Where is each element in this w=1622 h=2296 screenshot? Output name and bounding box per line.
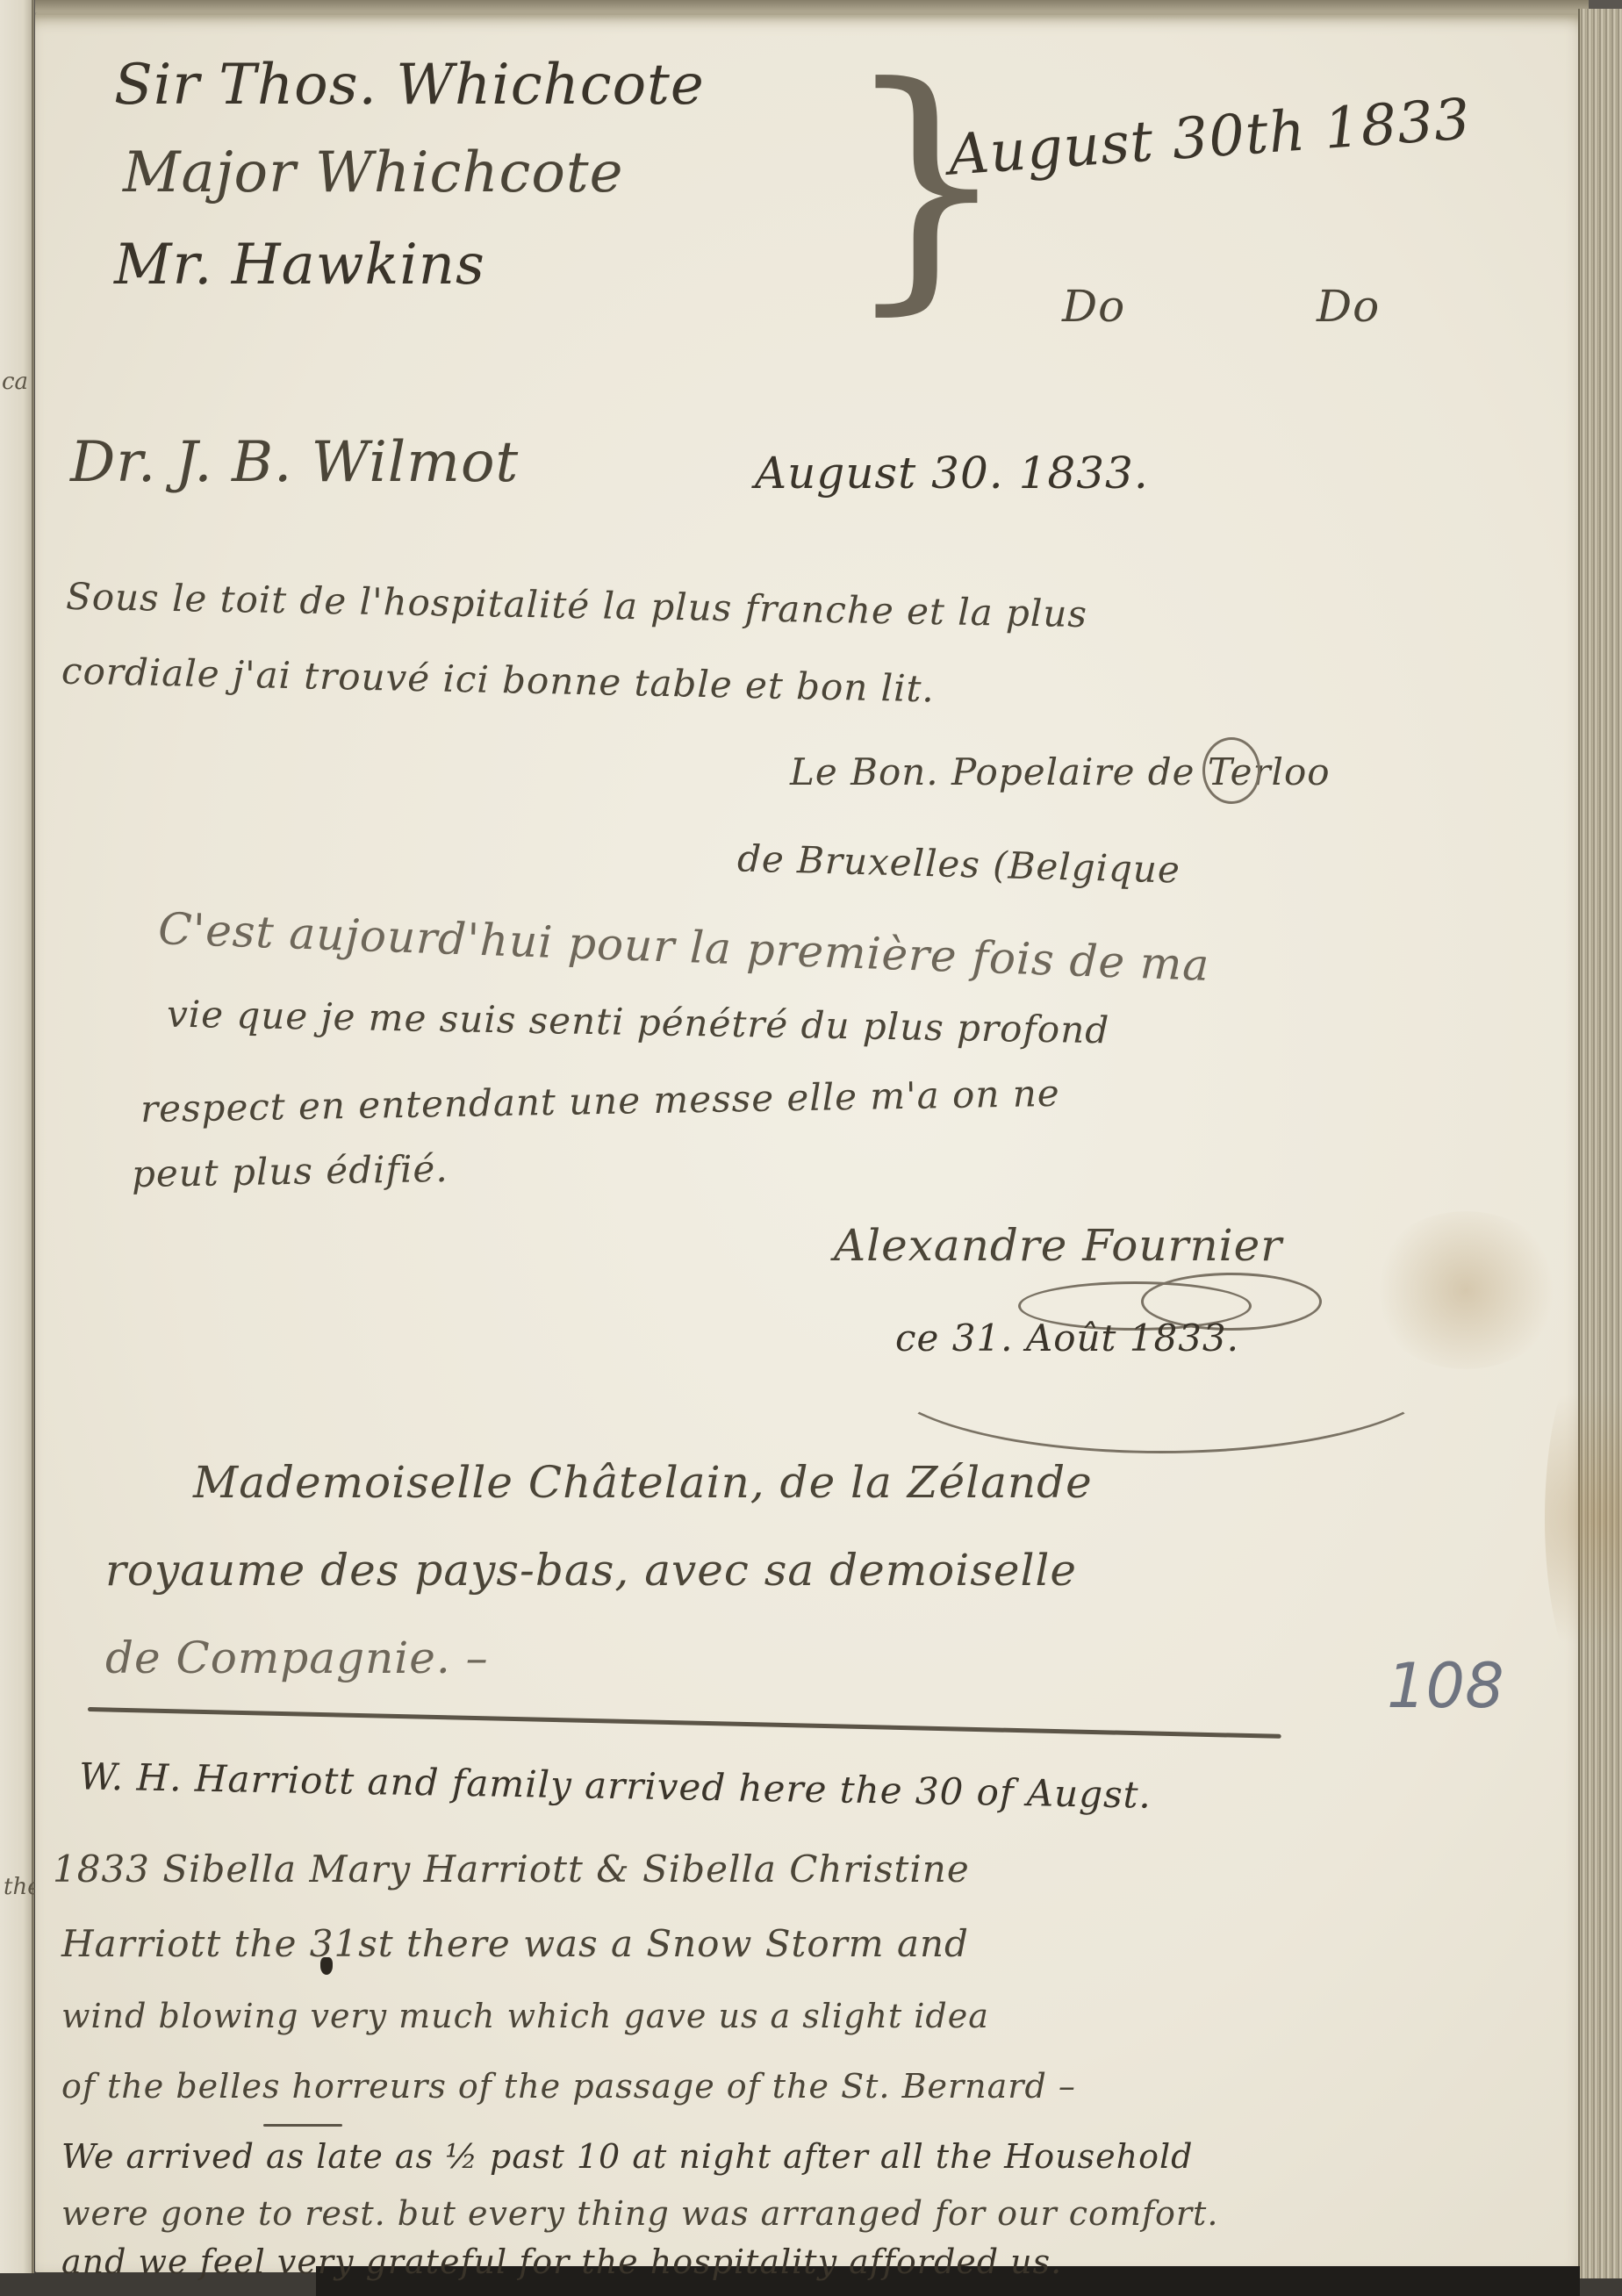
entry-text-line: Mademoiselle Châtelain, de la Zélande (193, 1457, 1093, 1508)
ditto-mark: Do (1062, 281, 1125, 332)
page-stack-edge (1578, 9, 1622, 2278)
ditto-mark: Do (1317, 281, 1380, 332)
entry-text-line: royaume des pays-bas, avec sa demoiselle (105, 1545, 1077, 1596)
entry-text-line: de Compagnie. – (105, 1632, 489, 1683)
guest-name: Major Whichcote (123, 140, 624, 205)
entry-text-line: and we feel very grateful for the hospit… (61, 2242, 1062, 2281)
page-top-edge (35, 0, 1589, 19)
entry-text-line: 1833 Sibella Mary Harriott & Sibella Chr… (53, 1848, 970, 1891)
margin-fragment: ca (2, 369, 28, 395)
entry-text-line: We arrived as late as ½ past 10 at night… (61, 2137, 1193, 2176)
entry-date: August 30. 1833. (755, 448, 1149, 499)
entry-text-line: of the belles horreurs of the passage of… (61, 2067, 1076, 2106)
guest-name: Dr. J. B. Wilmot (70, 430, 519, 495)
page-number: 108 (1387, 1650, 1504, 1722)
entry-text-line: Harriott the 31st there was a Snow Storm… (61, 1922, 969, 1965)
entry-text-line: were gone to rest. but every thing was a… (61, 2194, 1218, 2233)
signature: Alexandre Fournier (834, 1220, 1282, 1271)
ink-blot (320, 1957, 333, 1975)
entry-text-line: wind blowing very much which gave us a s… (61, 1997, 989, 2035)
entry-text-line: peut plus édifié. (132, 1147, 449, 1195)
flourish (878, 1290, 1445, 1453)
guest-name: Mr. Hawkins (114, 233, 485, 298)
guest-name: Sir Thos. Whichcote (114, 53, 705, 118)
underline (263, 2124, 342, 2127)
book-gutter (32, 0, 33, 2273)
flourish (1202, 737, 1260, 804)
facing-page-edge (0, 0, 34, 2273)
